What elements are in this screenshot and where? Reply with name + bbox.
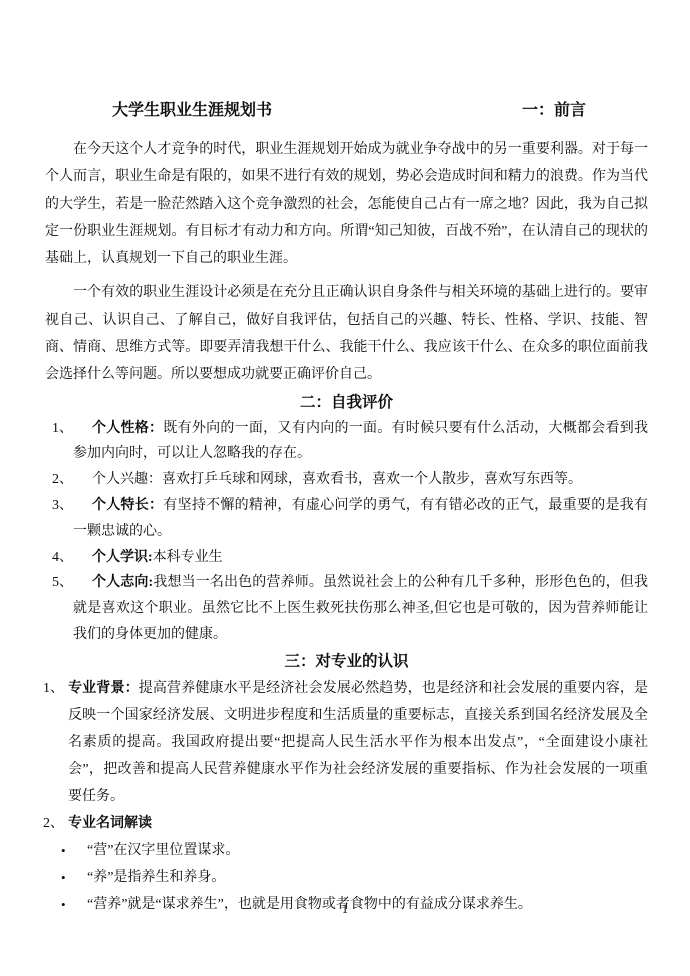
item-number: 1、: [52, 416, 73, 442]
item-label: 个人志向:: [92, 575, 153, 590]
self-evaluation-item: 1、个人性格：既有外向的一面，又有内向的一面。有时候只要有什么活动，大概都会看到…: [45, 416, 648, 468]
item-number: 2、: [52, 467, 73, 493]
major-knowledge-item: 2、专业名词解读: [45, 810, 648, 837]
document-page: 大学生职业生涯规划书 一：前言 在今天这个人才竞争的时代，职业生涯规划开始成为就…: [0, 0, 690, 976]
preface-heading: 一：前言: [522, 97, 586, 124]
item-label: 个人学识:: [92, 550, 153, 565]
page-number: 1: [0, 899, 690, 919]
self-evaluation-item: 4、个人学识:本科专业生: [45, 545, 648, 571]
term-definition-text: “营”在汉字里位置谋求。: [87, 843, 239, 858]
self-evaluation-item: 5、个人志向:我想当一名出色的营养师。虽然说社会上的公种有几千多种，形形色色的，…: [45, 570, 648, 647]
item-label: 专业背景：: [68, 681, 139, 696]
item-number: 5、: [52, 570, 73, 596]
item-label: 个人特长：: [92, 498, 163, 513]
item-text: 我想当一名出色的营养师。虽然说社会上的公种有几千多种，形形色色的，但我就是喜欢这…: [73, 575, 648, 642]
intro-paragraph-2: 一个有效的职业生涯设计必须是在充分且正确认识自身条件与相关环境的基础上进行的。要…: [45, 279, 648, 388]
bullet-icon: •: [61, 864, 66, 891]
term-definition-item: •“养”是指养生和养身。: [45, 864, 648, 891]
self-evaluation-item: 2、个人兴趣：喜欢打乒乓球和网球，喜欢看书，喜欢一个人散步，喜欢写东西等。: [45, 467, 648, 493]
term-definition-item: •“营”在汉字里位置谋求。: [45, 837, 648, 864]
item-number: 3、: [52, 493, 73, 519]
item-number: 2、: [43, 810, 64, 837]
title-row: 大学生职业生涯规划书 一：前言: [45, 97, 648, 124]
intro-paragraph-1: 在今天这个人才竞争的时代，职业生涯规划开始成为就业争夺战中的另一重要利器。对于每…: [45, 136, 648, 272]
major-knowledge-item: 1、专业背景：提高营养健康水平是经济社会发展必然趋势，也是经济和社会发展的重要内…: [45, 675, 648, 810]
item-text: 喜欢打乒乓球和网球，喜欢看书，喜欢一个人散步，喜欢写东西等。: [162, 472, 582, 487]
item-label: 个人性格：: [92, 421, 163, 436]
self-evaluation-list: 1、个人性格：既有外向的一面，又有内向的一面。有时候只要有什么活动，大概都会看到…: [45, 416, 648, 648]
item-number: 4、: [52, 545, 73, 571]
bullet-icon: •: [61, 837, 66, 864]
major-knowledge-list: 1、专业背景：提高营养健康水平是经济社会发展必然趋势，也是经济和社会发展的重要内…: [45, 675, 648, 837]
item-label: 个人兴趣：: [92, 472, 162, 487]
item-text: 本科专业生: [153, 550, 223, 565]
major-knowledge-heading: 三：对专业的认识: [45, 648, 648, 675]
self-evaluation-item: 3、个人特长：有坚持不懈的精神，有虚心问学的勇气，有有错必改的正气，最重要的是我…: [45, 493, 648, 545]
item-number: 1、: [43, 675, 64, 702]
item-text: 提高营养健康水平是经济社会发展必然趋势，也是经济和社会发展的重要内容，是反映一个…: [68, 681, 648, 804]
self-evaluation-heading: 二：自我评价: [45, 389, 648, 416]
document-title: 大学生职业生涯规划书: [112, 97, 272, 124]
term-definition-text: “养”是指养生和养身。: [87, 870, 225, 885]
item-label: 专业名词解读: [68, 816, 152, 831]
